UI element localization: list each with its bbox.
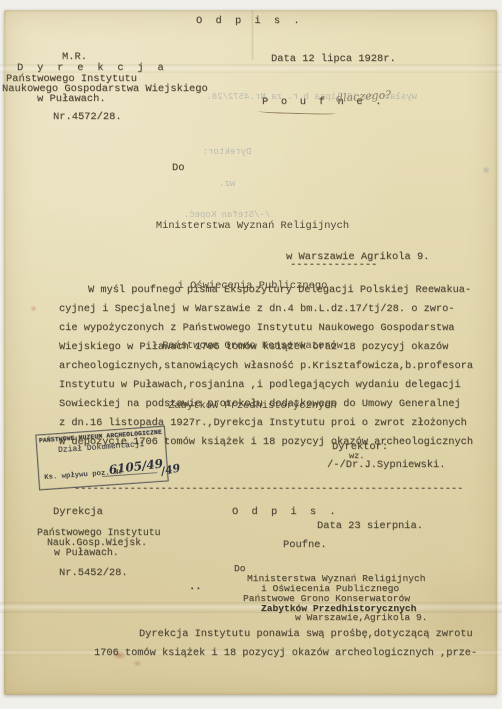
body-line: Instytutu w Puławach,rosjanina ,i podleg… <box>59 376 489 395</box>
recipient-line: Ministerstwa Wyznań Religijnych <box>110 216 395 236</box>
body-line: Wiejskiego w Piławach 1706 tomów książek… <box>59 338 489 357</box>
bleedthrough-sig-line: Dyrektor: <box>152 147 302 158</box>
salutation: Do <box>234 563 246 574</box>
body-line: cyjnej i Specjalnej w Warszawie z dn.4 b… <box>59 300 489 319</box>
copy-heading: O d p i s . <box>232 506 339 518</box>
body-line: archeologicznych,stanowiących własność p… <box>59 357 489 376</box>
sender-line: Dyrekcja <box>53 506 103 518</box>
typed-dashes: -------------- <box>290 259 377 271</box>
typewritten-content: O d p i s . M.R. D y r e k c j a Państwo… <box>0 0 502 709</box>
body-line: 1706 tomów książek i 18 pozycyj okazów a… <box>94 647 477 659</box>
hand-underline <box>258 109 336 115</box>
body-line: Dyrekcja Instytutu ponawia swą prośbę,do… <box>139 628 473 640</box>
recipient-line: w Warszawie,Agrikola 9. <box>295 612 427 623</box>
stamp-handwritten-number-suffix: /49 <box>160 461 182 478</box>
body-line: cie wypożyczonych z Państwowego Instytut… <box>59 319 489 338</box>
reference-number: Nr.5452/28. <box>59 567 128 579</box>
letter-date: Data 12 lipca 1928r. <box>271 53 396 65</box>
letter-body: W myśl poufnego pisma Ekspozytury Delega… <box>59 281 489 452</box>
letter-date: Data 23 sierpnia. <box>317 520 423 532</box>
body-line: W myśl poufnego pisma Ekspozytury Delega… <box>59 281 489 300</box>
stray-marks: .. <box>189 581 201 593</box>
section-divider-dashes: ----------------------------------------… <box>74 483 463 495</box>
archive-receipt-stamp: PAŃSTWOWE MUZEUM ARCHEOLOGICZNE Dział Do… <box>35 426 169 491</box>
reference-number: Nr.4572/28. <box>53 111 122 123</box>
copy-heading: O d p i s . <box>196 15 303 27</box>
sender-line: w Puławach. <box>37 93 106 105</box>
sender-line: w Puławach. <box>54 547 119 558</box>
confidential-label: Poufne. <box>283 539 327 551</box>
signature-name: /-/Dr.J.Sypniewski. <box>327 459 445 471</box>
body-line: Sowieckiej na podstawie protokołu dodatk… <box>59 395 489 414</box>
scanned-document-page: O d p i s . M.R. D y r e k c j a Państwo… <box>0 0 502 709</box>
salutation: Do <box>172 162 184 174</box>
